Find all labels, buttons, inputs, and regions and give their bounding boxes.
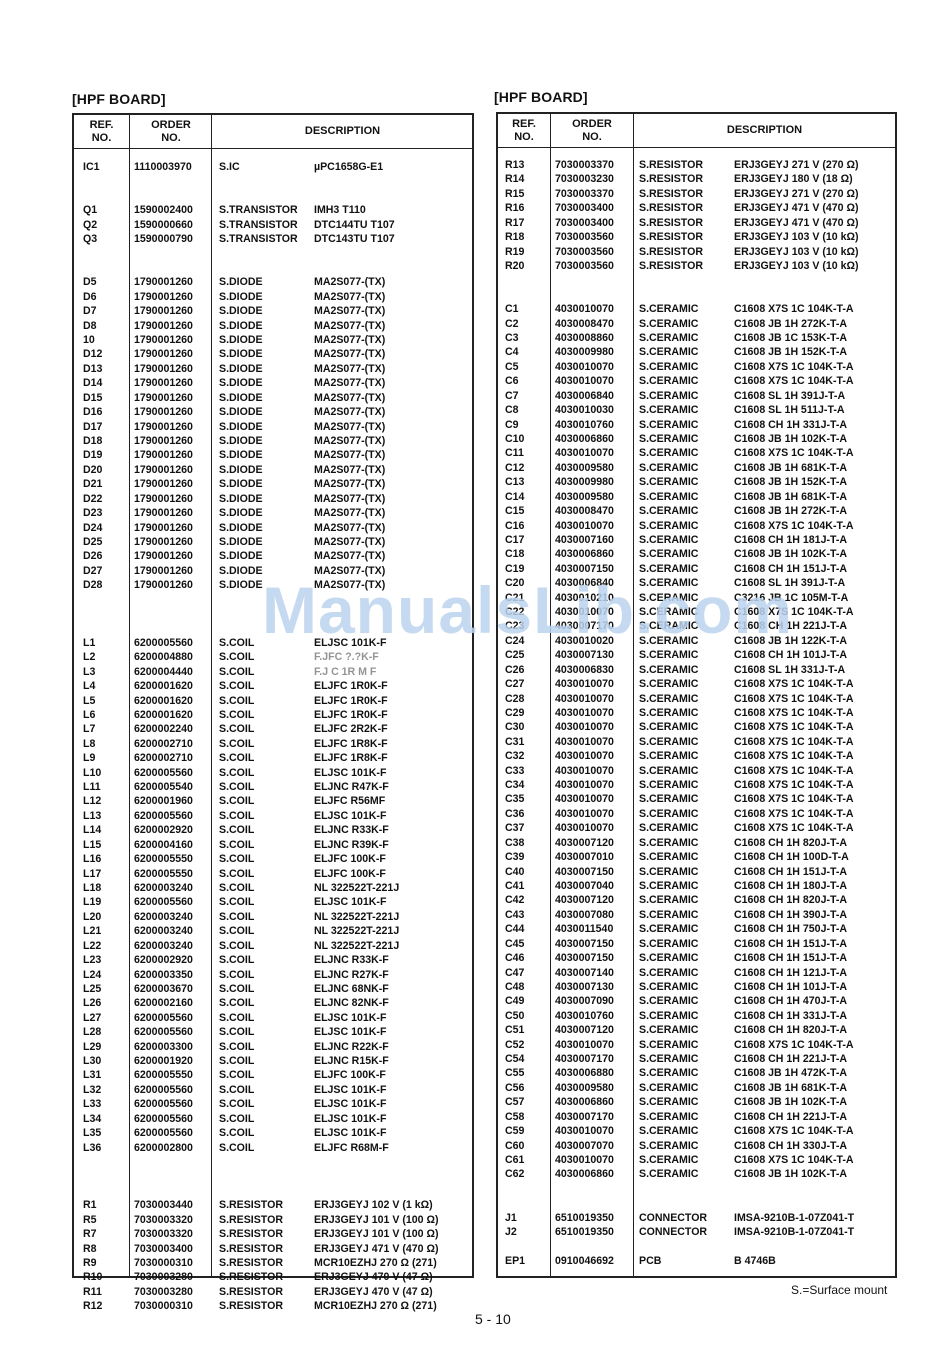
- table-header: REF.NO. ORDERNO. DESCRIPTION: [74, 115, 472, 149]
- part-type: S.COIL: [219, 924, 254, 938]
- order-no: 4030010020: [555, 634, 614, 648]
- ref-no: C42: [505, 893, 524, 907]
- order-no: 1790001260: [134, 448, 193, 462]
- part-type: S.CERAMIC: [639, 1066, 698, 1080]
- table-row: C234030007170S.CERAMICC1608 CH 1H 221J-T…: [498, 619, 895, 633]
- ref-no: D22: [83, 492, 102, 506]
- order-no: 4030010070: [555, 446, 614, 460]
- part-spec: C1608 CH 1H 221J-T-A: [734, 1110, 847, 1124]
- part-spec: C1608 X7S 1C 104K-T-A: [734, 1124, 854, 1138]
- table-row: J16510019350CONNECTORIMSA-9210B-1-07Z041…: [498, 1211, 895, 1225]
- part-spec: ELJNC R33K-F: [314, 953, 389, 967]
- part-spec: MA2S077-(TX): [314, 463, 385, 477]
- part-spec: MA2S077-(TX): [314, 578, 385, 592]
- ref-no: C50: [505, 1009, 524, 1023]
- part-spec: C1608 CH 1H 820J-T-A: [734, 893, 847, 907]
- ref-no: L17: [83, 867, 101, 881]
- ref-no: R17: [505, 216, 524, 230]
- part-spec: ELJFC 1R0K-F: [314, 694, 388, 708]
- part-spec: C1608 CH 1H 330J-T-A: [734, 1139, 847, 1153]
- ref-no: L6: [83, 708, 95, 722]
- part-type: S.DIODE: [219, 578, 263, 592]
- table-row: C524030010070S.CERAMICC1608 X7S 1C 104K-…: [498, 1038, 895, 1052]
- ref-no: C28: [505, 692, 524, 706]
- part-spec: NL 322522T-221J: [314, 910, 399, 924]
- part-spec: ERJ3GEYJ 103 V (10 kΩ): [734, 259, 859, 273]
- table-row: L236200002920S.COILELJNC R33K-F: [74, 953, 472, 967]
- table-row: C184030006860S.CERAMICC1608 JB 1H 102K-T…: [498, 547, 895, 561]
- table-row: R77030003320S.RESISTORERJ3GEYJ 101 V (10…: [74, 1227, 472, 1241]
- part-spec: C1608 X7S 1C 104K-T-A: [734, 778, 854, 792]
- part-type: S.RESISTOR: [219, 1285, 283, 1299]
- ref-no: L8: [83, 737, 95, 751]
- part-type: S.COIL: [219, 650, 254, 664]
- part-spec: C1608 JB 1H 122K-T-A: [734, 634, 847, 648]
- part-type: S.COIL: [219, 1141, 254, 1155]
- order-no: 6200004880: [134, 650, 193, 664]
- part-type: S.CERAMIC: [639, 533, 698, 547]
- part-type: S.COIL: [219, 780, 254, 794]
- ref-no: L12: [83, 794, 101, 808]
- part-type: S.IC: [219, 160, 240, 174]
- table-row: L16200005560S.COILELJSC 101K-F: [74, 636, 472, 650]
- part-spec: DTC144TU T107: [314, 218, 395, 232]
- ref-no: C13: [505, 475, 524, 489]
- table-row: C604030007070S.CERAMICC1608 CH 1H 330J-T…: [498, 1139, 895, 1153]
- part-type: S.RESISTOR: [639, 172, 703, 186]
- table-row: C244030010020S.CERAMICC1608 JB 1H 122K-T…: [498, 634, 895, 648]
- part-spec: C1608 JB 1C 153K-T-A: [734, 331, 847, 345]
- ref-no: D21: [83, 477, 102, 491]
- part-spec: MA2S077-(TX): [314, 275, 385, 289]
- part-spec: ERJ3GEYJ 102 V (1 kΩ): [314, 1198, 433, 1212]
- part-type: S.COIL: [219, 794, 254, 808]
- table-row: L356200005560S.COILELJSC 101K-F: [74, 1126, 472, 1140]
- part-spec: NL 322522T-221J: [314, 924, 399, 938]
- part-spec: ELJSC 101K-F: [314, 895, 386, 909]
- ref-no: L25: [83, 982, 101, 996]
- order-no: 6200005540: [134, 780, 193, 794]
- part-type: S.CERAMIC: [639, 1023, 698, 1037]
- part-type: S.CERAMIC: [639, 605, 698, 619]
- order-no: 4030010070: [555, 605, 614, 619]
- order-no: 4030010760: [555, 418, 614, 432]
- order-no: 7030003280: [134, 1270, 193, 1284]
- part-type: S.COIL: [219, 910, 254, 924]
- ref-no: R10: [83, 1270, 102, 1284]
- table-row: D131790001260S.DIODEMA2S077-(TX): [74, 362, 472, 376]
- part-type: S.CERAMIC: [639, 1052, 698, 1066]
- ref-no: D6: [83, 290, 97, 304]
- table-row: Q11590002400S.TRANSISTORIMH3 T110: [74, 203, 472, 217]
- table-row: IC11110003970S.ICµPC1658G-E1: [74, 160, 472, 174]
- part-spec: MA2S077-(TX): [314, 549, 385, 563]
- part-spec: C1608 CH 1H 180J-T-A: [734, 879, 847, 893]
- order-no: 1790001260: [134, 376, 193, 390]
- table-row: C594030010070S.CERAMICC1608 X7S 1C 104K-…: [498, 1124, 895, 1138]
- order-no: 6200004160: [134, 838, 193, 852]
- table-row: D241790001260S.DIODEMA2S077-(TX): [74, 521, 472, 535]
- table-row: C14030010070S.CERAMICC1608 X7S 1C 104K-T…: [498, 302, 895, 316]
- order-no: 4030006840: [555, 389, 614, 403]
- ref-no: Q3: [83, 232, 97, 246]
- part-spec: MA2S077-(TX): [314, 304, 385, 318]
- part-type: S.CERAMIC: [639, 432, 698, 446]
- part-type: S.CERAMIC: [639, 490, 698, 504]
- ref-no: C16: [505, 519, 524, 533]
- order-no: 1790001260: [134, 290, 193, 304]
- order-no: 6200002160: [134, 996, 193, 1010]
- table-row: D191790001260S.DIODEMA2S077-(TX): [74, 448, 472, 462]
- part-spec: C1608 X7S 1C 104K-T-A: [734, 720, 854, 734]
- part-type: CONNECTOR: [639, 1225, 707, 1239]
- ref-no: C61: [505, 1153, 524, 1167]
- part-type: S.DIODE: [219, 391, 263, 405]
- part-type: S.DIODE: [219, 333, 263, 347]
- table-row: L196200005560S.COILELJSC 101K-F: [74, 895, 472, 909]
- table-row: C414030007040S.CERAMICC1608 CH 1H 180J-T…: [498, 879, 895, 893]
- ref-no: D24: [83, 521, 102, 535]
- order-no: 4030007150: [555, 937, 614, 951]
- ref-no: C57: [505, 1095, 524, 1109]
- part-spec: ELJFC 100K-F: [314, 852, 386, 866]
- part-type: S.CERAMIC: [639, 893, 698, 907]
- ref-no: C60: [505, 1139, 524, 1153]
- table-header: REF.NO. ORDERNO. DESCRIPTION: [498, 114, 895, 148]
- ref-no: L22: [83, 939, 101, 953]
- part-type: S.CERAMIC: [639, 966, 698, 980]
- table-row: R207030003560S.RESISTORERJ3GEYJ 103 V (1…: [498, 259, 895, 273]
- order-no: 6200002920: [134, 953, 193, 967]
- ref-no: C30: [505, 720, 524, 734]
- part-type: S.DIODE: [219, 521, 263, 535]
- order-no: 1790001260: [134, 420, 193, 434]
- part-spec: C1608 CH 1H 101J-T-A: [734, 648, 847, 662]
- table-row: L286200005560S.COILELJSC 101K-F: [74, 1025, 472, 1039]
- table-row: L146200002920S.COILELJNC R33K-F: [74, 823, 472, 837]
- table-row: C344030010070S.CERAMICC1608 X7S 1C 104K-…: [498, 778, 895, 792]
- order-no: 4030010070: [555, 764, 614, 778]
- ref-no: D26: [83, 549, 102, 563]
- part-type: S.CERAMIC: [639, 1081, 698, 1095]
- table-row: L166200005550S.COILELJFC 100K-F: [74, 852, 472, 866]
- table-row: C224030010070S.CERAMICC1608 X7S 1C 104K-…: [498, 605, 895, 619]
- table-row: L56200001620S.COILELJFC 1R0K-F: [74, 694, 472, 708]
- part-spec: ELJNC R15K-F: [314, 1054, 389, 1068]
- order-no: 1790001260: [134, 275, 193, 289]
- part-type: S.CERAMIC: [639, 749, 698, 763]
- part-type: S.CERAMIC: [639, 1110, 698, 1124]
- table-row: C254030007130S.CERAMICC1608 CH 1H 101J-T…: [498, 648, 895, 662]
- part-type: S.CERAMIC: [639, 648, 698, 662]
- order-no: 1790001260: [134, 477, 193, 491]
- part-spec: C1608 X7S 1C 104K-T-A: [734, 677, 854, 691]
- part-type: S.COIL: [219, 982, 254, 996]
- part-spec: MCR10EZHJ 270 Ω (271): [314, 1256, 437, 1270]
- part-type: S.CERAMIC: [639, 1153, 698, 1167]
- part-spec: MA2S077-(TX): [314, 477, 385, 491]
- ref-no: C14: [505, 490, 524, 504]
- part-spec: C1608 JB 1H 272K-T-A: [734, 504, 847, 518]
- table-row: L66200001620S.COILELJFC 1R0K-F: [74, 708, 472, 722]
- part-spec: F.J C 1R M F: [314, 665, 376, 679]
- ref-no: R9: [83, 1256, 97, 1270]
- order-no: 4030008470: [555, 504, 614, 518]
- ref-no: R8: [83, 1242, 97, 1256]
- part-type: S.RESISTOR: [219, 1299, 283, 1313]
- part-type: S.COIL: [219, 823, 254, 837]
- part-type: S.COIL: [219, 1097, 254, 1111]
- part-type: S.CERAMIC: [639, 619, 698, 633]
- part-type: S.COIL: [219, 665, 254, 679]
- part-spec: C1608 JB 1H 102K-T-A: [734, 547, 847, 561]
- part-type: S.COIL: [219, 1083, 254, 1097]
- ref-no: D16: [83, 405, 102, 419]
- ref-no: C59: [505, 1124, 524, 1138]
- order-no: 1110003970: [134, 160, 192, 174]
- part-spec: ELJSC 101K-F: [314, 1112, 386, 1126]
- part-spec: ELJNC R27K-F: [314, 968, 389, 982]
- part-type: S.COIL: [219, 737, 254, 751]
- table-row: L26200004880S.COILF.JFC ?.?K-F: [74, 650, 472, 664]
- part-spec: ELJSC 101K-F: [314, 1097, 386, 1111]
- part-spec: C1608 CH 1H 820J-T-A: [734, 836, 847, 850]
- table-row: L296200003300S.COILELJNC R22K-F: [74, 1040, 472, 1054]
- order-no: 4030007170: [555, 619, 614, 633]
- order-no: 4030010070: [555, 706, 614, 720]
- part-spec: C1608 CH 1H 151J-T-A: [734, 562, 847, 576]
- part-type: S.CERAMIC: [639, 908, 698, 922]
- part-type: S.CERAMIC: [639, 792, 698, 806]
- ref-no: C8: [505, 403, 519, 417]
- part-type: S.CERAMIC: [639, 1095, 698, 1109]
- ref-no: C62: [505, 1167, 524, 1181]
- part-spec: C1608 JB 1H 681K-T-A: [734, 490, 847, 504]
- order-no: 6200005560: [134, 809, 193, 823]
- table-row: C74030006840S.CERAMICC1608 SL 1H 391J-T-…: [498, 389, 895, 403]
- order-no: 1790001260: [134, 564, 193, 578]
- part-spec: C1608 X7S 1C 104K-T-A: [734, 735, 854, 749]
- table-row: L226200003240S.COILNL 322522T-221J: [74, 939, 472, 953]
- ref-no: C56: [505, 1081, 524, 1095]
- order-no: 6200002920: [134, 823, 193, 837]
- ref-no: D28: [83, 578, 102, 592]
- order-no: 4030010760: [555, 1009, 614, 1023]
- part-spec: ERJ3GEYJ 471 V (470 Ω): [734, 201, 859, 215]
- ref-no: D5: [83, 275, 97, 289]
- part-spec: IMSA-9210B-1-07Z041-T: [734, 1211, 854, 1225]
- part-spec: ERJ3GEYJ 103 V (10 kΩ): [734, 230, 859, 244]
- table-row: L276200005560S.COILELJSC 101K-F: [74, 1011, 472, 1025]
- table-row: C194030007150S.CERAMICC1608 CH 1H 151J-T…: [498, 562, 895, 576]
- table-row: C514030007120S.CERAMICC1608 CH 1H 820J-T…: [498, 1023, 895, 1037]
- table-row: L136200005560S.COILELJSC 101K-F: [74, 809, 472, 823]
- order-no: 4030007170: [555, 1110, 614, 1124]
- part-spec: MA2S077-(TX): [314, 405, 385, 419]
- table-row: C24030008470S.CERAMICC1608 JB 1H 272K-T-…: [498, 317, 895, 331]
- part-type: S.CERAMIC: [639, 374, 698, 388]
- ref-no: C47: [505, 966, 524, 980]
- part-spec: C1608 JB 1H 102K-T-A: [734, 1167, 847, 1181]
- order-no: 6200005560: [134, 1097, 193, 1111]
- table-row: C404030007150S.CERAMICC1608 CH 1H 151J-T…: [498, 865, 895, 879]
- part-spec: ELJSC 101K-F: [314, 809, 386, 823]
- ref-no: L7: [83, 722, 95, 736]
- order-no: 4030010070: [555, 720, 614, 734]
- table-row: C484030007130S.CERAMICC1608 CH 1H 101J-T…: [498, 980, 895, 994]
- part-spec: C1608 CH 1H 331J-T-A: [734, 418, 847, 432]
- order-no: 4030007170: [555, 1052, 614, 1066]
- ref-no: C58: [505, 1110, 524, 1124]
- ref-no: 10: [83, 333, 95, 347]
- ref-no: C35: [505, 792, 524, 806]
- table-row: L186200003240S.COILNL 322522T-221J: [74, 881, 472, 895]
- order-no: 1790001260: [134, 506, 193, 520]
- ref-no: C38: [505, 836, 524, 850]
- order-no: 7030003400: [555, 201, 614, 215]
- part-type: S.COIL: [219, 968, 254, 982]
- ref-no: C9: [505, 418, 519, 432]
- part-type: S.RESISTOR: [639, 259, 703, 273]
- table-row: C624030006860S.CERAMICC1608 JB 1H 102K-T…: [498, 1167, 895, 1181]
- part-spec: C1608 CH 1H 470J-T-A: [734, 994, 847, 1008]
- part-type: S.COIL: [219, 852, 254, 866]
- table-row: L96200002710S.COILELJFC 1R8K-F: [74, 751, 472, 765]
- part-type: S.CERAMIC: [639, 403, 698, 417]
- part-spec: C1608 X7S 1C 104K-T-A: [734, 446, 854, 460]
- ref-no: C15: [505, 504, 524, 518]
- table-row: R17030003440S.RESISTORERJ3GEYJ 102 V (1 …: [74, 1198, 472, 1212]
- part-spec: MA2S077-(TX): [314, 347, 385, 361]
- order-no: 7030003230: [555, 172, 614, 186]
- table-row: L106200005560S.COILELJSC 101K-F: [74, 766, 472, 780]
- table-row: L346200005560S.COILELJSC 101K-F: [74, 1112, 472, 1126]
- ref-no: L31: [83, 1068, 101, 1082]
- order-no: 6200005550: [134, 867, 193, 881]
- part-spec: C1608 X7S 1C 104K-T-A: [734, 792, 854, 806]
- table-row: L86200002710S.COILELJFC 1R8K-F: [74, 737, 472, 751]
- order-no: 7030003560: [555, 245, 614, 259]
- part-type: S.CERAMIC: [639, 345, 698, 359]
- part-type: S.RESISTOR: [639, 245, 703, 259]
- order-no: 1790001260: [134, 319, 193, 333]
- ref-no: R7: [83, 1227, 97, 1241]
- part-spec: MA2S077-(TX): [314, 492, 385, 506]
- part-type: S.DIODE: [219, 420, 263, 434]
- part-type: S.DIODE: [219, 362, 263, 376]
- order-no: 1790001260: [134, 405, 193, 419]
- part-type: S.COIL: [219, 838, 254, 852]
- table-row: C164030010070S.CERAMICC1608 X7S 1C 104K-…: [498, 519, 895, 533]
- ref-no: L14: [83, 823, 101, 837]
- part-spec: ELJSC 101K-F: [314, 1025, 386, 1039]
- ref-no: D23: [83, 506, 102, 520]
- table-row: D151790001260S.DIODEMA2S077-(TX): [74, 391, 472, 405]
- table-row: C154030008470S.CERAMICC1608 JB 1H 272K-T…: [498, 504, 895, 518]
- part-spec: C1608 CH 1H 100D-T-A: [734, 850, 849, 864]
- ref-no: C4: [505, 345, 519, 359]
- part-spec: MA2S077-(TX): [314, 333, 385, 347]
- part-type: S.CERAMIC: [639, 706, 698, 720]
- order-no: 6510019350: [555, 1225, 614, 1239]
- part-type: S.COIL: [219, 636, 254, 650]
- part-spec: ELJNC R39K-F: [314, 838, 389, 852]
- part-type: S.CERAMIC: [639, 562, 698, 576]
- ref-no: C3: [505, 331, 519, 345]
- part-spec: ERJ3GEYJ 101 V (100 Ω): [314, 1227, 439, 1241]
- table-row: D161790001260S.DIODEMA2S077-(TX): [74, 405, 472, 419]
- part-spec: NL 322522T-221J: [314, 881, 399, 895]
- part-spec: C1608 JB 1H 152K-T-A: [734, 475, 847, 489]
- ref-no: C1: [505, 302, 519, 316]
- part-type: S.COIL: [219, 708, 254, 722]
- order-no: 6200001920: [134, 1054, 193, 1068]
- part-type: S.DIODE: [219, 434, 263, 448]
- part-spec: C1608 X7S 1C 104K-T-A: [734, 519, 854, 533]
- table-row: C284030010070S.CERAMICC1608 X7S 1C 104K-…: [498, 692, 895, 706]
- table-row: C564030009580S.CERAMICC1608 JB 1H 681K-T…: [498, 1081, 895, 1095]
- order-no: 4030010070: [555, 519, 614, 533]
- table-row: C584030007170S.CERAMICC1608 CH 1H 221J-T…: [498, 1110, 895, 1124]
- order-no: 6200002710: [134, 751, 193, 765]
- ref-no: C40: [505, 865, 524, 879]
- part-spec: MA2S077-(TX): [314, 376, 385, 390]
- part-spec: C1608 CH 1H 221J-T-A: [734, 1052, 847, 1066]
- part-type: S.COIL: [219, 722, 254, 736]
- order-no: 6200002710: [134, 737, 193, 751]
- ref-no: L10: [83, 766, 101, 780]
- part-spec: MA2S077-(TX): [314, 506, 385, 520]
- part-type: S.CERAMIC: [639, 389, 698, 403]
- part-spec: ERJ3GEYJ 470 V (47 Ω): [314, 1285, 433, 1299]
- ref-no: D17: [83, 420, 102, 434]
- part-spec: ELJFC R56MF: [314, 794, 385, 808]
- order-no: 7030003320: [134, 1213, 193, 1227]
- header-description: DESCRIPTION: [634, 114, 895, 147]
- table-row: C384030007120S.CERAMICC1608 CH 1H 820J-T…: [498, 836, 895, 850]
- table-row: C424030007120S.CERAMICC1608 CH 1H 820J-T…: [498, 893, 895, 907]
- part-spec: C1608 JB 1H 152K-T-A: [734, 345, 847, 359]
- table-row: L266200002160S.COILELJNC 82NK-F: [74, 996, 472, 1010]
- order-no: 7030000310: [134, 1299, 193, 1313]
- order-no: 4030007080: [555, 908, 614, 922]
- part-type: S.CERAMIC: [639, 475, 698, 489]
- order-no: 6200003350: [134, 968, 193, 982]
- order-no: 4030009980: [555, 345, 614, 359]
- part-type: S.CERAMIC: [639, 821, 698, 835]
- order-no: 4030006880: [555, 1066, 614, 1080]
- part-spec: ERJ3GEYJ 180 V (18 Ω): [734, 172, 853, 186]
- part-type: S.CERAMIC: [639, 850, 698, 864]
- part-spec: MA2S077-(TX): [314, 391, 385, 405]
- ref-no: C55: [505, 1066, 524, 1080]
- page-number: 5 - 10: [475, 1311, 511, 1327]
- order-no: 7030003370: [555, 187, 614, 201]
- table-row: C554030006880S.CERAMICC1608 JB 1H 472K-T…: [498, 1066, 895, 1080]
- table-row: C574030006860S.CERAMICC1608 JB 1H 102K-T…: [498, 1095, 895, 1109]
- table-row: C474030007140S.CERAMICC1608 CH 1H 121J-T…: [498, 966, 895, 980]
- order-no: 4030007150: [555, 951, 614, 965]
- table-row: C544030007170S.CERAMICC1608 CH 1H 221J-T…: [498, 1052, 895, 1066]
- part-spec: µPC1658G-E1: [314, 160, 383, 174]
- part-spec: C1608 X7S 1C 104K-T-A: [734, 1038, 854, 1052]
- part-spec: C3216 JB 1C 105M-T-A: [734, 591, 848, 605]
- part-type: S.DIODE: [219, 492, 263, 506]
- ref-no: R13: [505, 158, 524, 172]
- part-spec: C1608 CH 1H 151J-T-A: [734, 937, 847, 951]
- ref-no: C46: [505, 951, 524, 965]
- part-spec: C1608 X7S 1C 104K-T-A: [734, 692, 854, 706]
